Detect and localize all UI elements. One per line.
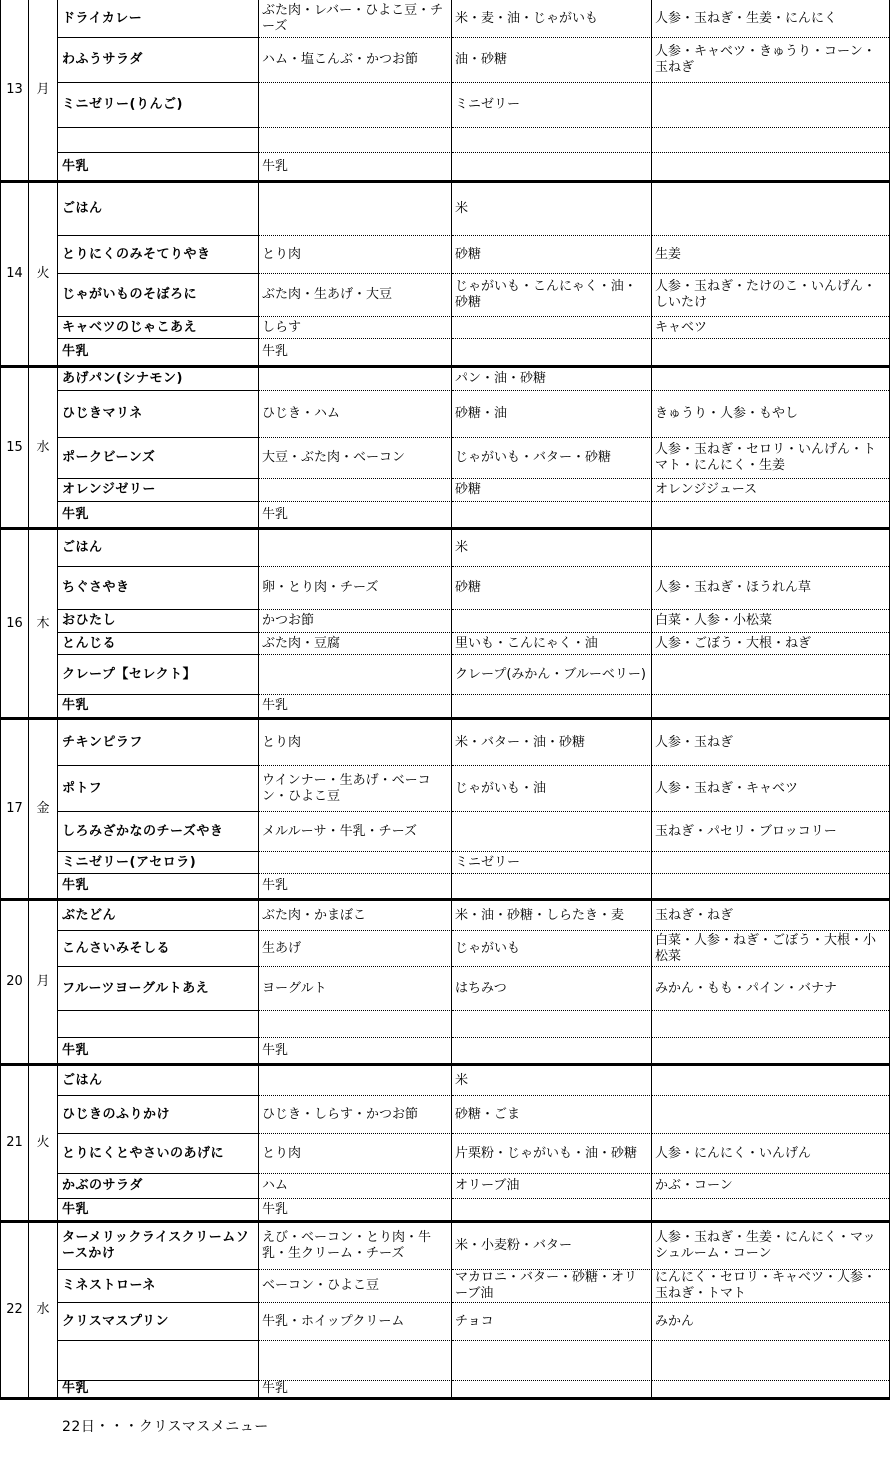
energy-cell: 砂糖・ごま [452, 1096, 652, 1134]
protein-cell [259, 128, 452, 153]
protein-cell [259, 530, 452, 567]
menu-cell: あげパン(シナモン) [58, 368, 259, 391]
energy-cell: 米 [452, 530, 652, 567]
vegetable-cell: きゅうり・人参・もやし [652, 391, 889, 438]
vegetable-cell: 白菜・人参・小松菜 [652, 610, 889, 633]
energy-cell: ミニゼリー [452, 83, 652, 128]
menu-cell [58, 1011, 259, 1038]
energy-cell: 砂糖・油 [452, 391, 652, 438]
menu-cell: 牛乳 [58, 874, 259, 898]
day-block: 16木ごはん米ちぐさやき卵・とり肉・チーズ砂糖人参・玉ねぎ・ほうれん草おひたしか… [0, 527, 890, 717]
energy-cell: オリーブ油 [452, 1174, 652, 1199]
vegetable-cell: 人参・キャベツ・きゅうり・コーン・玉ねぎ [652, 38, 889, 83]
protein-cell: 牛乳 [259, 1038, 452, 1063]
protein-cell: とり肉 [259, 720, 452, 766]
protein-cell: 牛乳・ホイップクリーム [259, 1303, 452, 1341]
protein-cell: ぶた肉・豆腐 [259, 633, 452, 655]
menu-cell: ミネストローネ [58, 1270, 259, 1303]
weekday-cell: 金 [29, 720, 58, 898]
menu-cell: とりにくのみそてりやき [58, 236, 259, 274]
menu-cell: とんじる [58, 633, 259, 655]
energy-cell: はちみつ [452, 967, 652, 1011]
energy-cell: チョコ [452, 1303, 652, 1341]
menu-cell: ひじきのふりかけ [58, 1096, 259, 1134]
vegetable-cell [652, 83, 889, 128]
menu-cell: ごはん [58, 1066, 259, 1096]
menu-cell: 牛乳 [58, 1199, 259, 1220]
vegetable-cell: 生姜 [652, 236, 889, 274]
vegetable-cell: 人参・玉ねぎ・セロリ・いんげん・トマト・にんにく・生姜 [652, 438, 889, 479]
date-cell: 13 [1, 0, 29, 180]
protein-cell [259, 83, 452, 128]
energy-cell [452, 1341, 652, 1381]
vegetable-cell [652, 1038, 889, 1063]
energy-cell: クレープ(みかん・ブルーベリー) [452, 655, 652, 695]
menu-cell: 牛乳 [58, 1381, 259, 1397]
energy-cell: 油・砂糖 [452, 38, 652, 83]
vegetable-cell [652, 1341, 889, 1381]
energy-cell [452, 1381, 652, 1397]
energy-cell: 米 [452, 183, 652, 236]
vegetable-cell [652, 655, 889, 695]
energy-cell: 米・バター・油・砂糖 [452, 720, 652, 766]
vegetable-cell: みかん [652, 1303, 889, 1341]
vegetable-cell [652, 1066, 889, 1096]
menu-cell: かぶのサラダ [58, 1174, 259, 1199]
menu-cell: 牛乳 [58, 1038, 259, 1063]
vegetable-cell: かぶ・コーン [652, 1174, 889, 1199]
protein-cell: 牛乳 [259, 502, 452, 527]
menu-cell: クリスマスプリン [58, 1303, 259, 1341]
weekday-cell: 木 [29, 530, 58, 717]
date-cell: 22 [1, 1223, 29, 1397]
energy-cell: 米・油・砂糖・しらたき・麦 [452, 901, 652, 931]
menu-cell: ミニゼリー(りんご) [58, 83, 259, 128]
vegetable-cell: 玉ねぎ・ねぎ [652, 901, 889, 931]
menu-cell [58, 128, 259, 153]
energy-cell: じゃがいも・油 [452, 766, 652, 812]
protein-cell [259, 368, 452, 391]
menu-cell: キャベツのじゃこあえ [58, 317, 259, 339]
protein-cell: ベーコン・ひよこ豆 [259, 1270, 452, 1303]
energy-cell: じゃがいも [452, 931, 652, 967]
date-cell: 15 [1, 368, 29, 527]
date-cell: 20 [1, 901, 29, 1063]
vegetable-cell [652, 1011, 889, 1038]
protein-cell [259, 655, 452, 695]
menu-cell: ポトフ [58, 766, 259, 812]
protein-cell: 牛乳 [259, 153, 452, 180]
energy-cell [452, 128, 652, 153]
protein-cell: ぶた肉・レバー・ひよこ豆・チーズ [259, 0, 452, 38]
weekday-cell: 火 [29, 1066, 58, 1220]
protein-cell: とり肉 [259, 1134, 452, 1174]
protein-cell: 牛乳 [259, 1199, 452, 1220]
menu-cell: わふうサラダ [58, 38, 259, 83]
vegetable-cell [652, 502, 889, 527]
energy-cell [452, 1011, 652, 1038]
menu-cell: ごはん [58, 183, 259, 236]
protein-cell: ヨーグルト [259, 967, 452, 1011]
protein-cell: かつお節 [259, 610, 452, 633]
vegetable-cell: 白菜・人参・ねぎ・ごぼう・大根・小松菜 [652, 931, 889, 967]
day-block: 20月ぶたどんぶた肉・かまぼこ米・油・砂糖・しらたき・麦玉ねぎ・ねぎこんさいみそ… [0, 898, 890, 1063]
energy-cell: 砂糖 [452, 567, 652, 610]
menu-cell: 牛乳 [58, 695, 259, 717]
weekday-cell: 火 [29, 183, 58, 365]
protein-cell: えび・ベーコン・とり肉・牛乳・生クリーム・チーズ [259, 1223, 452, 1270]
protein-cell [259, 852, 452, 874]
vegetable-cell [652, 1199, 889, 1220]
menu-cell: ターメリックライスクリームソースかけ [58, 1223, 259, 1270]
energy-cell: マカロニ・バター・砂糖・オリーブ油 [452, 1270, 652, 1303]
menu-cell: ひじきマリネ [58, 391, 259, 438]
protein-cell [259, 1011, 452, 1038]
protein-cell: 牛乳 [259, 695, 452, 717]
vegetable-cell [652, 153, 889, 180]
energy-cell: 砂糖 [452, 479, 652, 502]
energy-cell: 片栗粉・じゃがいも・油・砂糖 [452, 1134, 652, 1174]
energy-cell [452, 1038, 652, 1063]
weekday-cell: 水 [29, 368, 58, 527]
energy-cell [452, 812, 652, 852]
vegetable-cell: 人参・ごぼう・大根・ねぎ [652, 633, 889, 655]
protein-cell: ウインナー・生あげ・ベーコン・ひよこ豆 [259, 766, 452, 812]
date-cell: 21 [1, 1066, 29, 1220]
menu-cell [58, 1341, 259, 1381]
menu-cell: とりにくとやさいのあげに [58, 1134, 259, 1174]
menu-cell: ごはん [58, 530, 259, 567]
protein-cell [259, 183, 452, 236]
protein-cell [259, 1066, 452, 1096]
vegetable-cell: 玉ねぎ・パセリ・ブロッコリー [652, 812, 889, 852]
day-block: 15水あげパン(シナモン)パン・油・砂糖ひじきマリネひじき・ハム砂糖・油きゅうり… [0, 365, 890, 527]
menu-cell: じゃがいものそぼろに [58, 274, 259, 317]
menu-cell: おひたし [58, 610, 259, 633]
vegetable-cell [652, 1096, 889, 1134]
vegetable-cell: キャベツ [652, 317, 889, 339]
protein-cell: 大豆・ぶた肉・ベーコン [259, 438, 452, 479]
menu-cell: ポークビーンズ [58, 438, 259, 479]
menu-cell: フルーツヨーグルトあえ [58, 967, 259, 1011]
weekday-cell: 月 [29, 901, 58, 1063]
menu-cell: ぶたどん [58, 901, 259, 931]
energy-cell [452, 502, 652, 527]
menu-cell: 牛乳 [58, 339, 259, 365]
protein-cell: 生あげ [259, 931, 452, 967]
energy-cell [452, 695, 652, 717]
day-block: 13月ドライカレーぶた肉・レバー・ひよこ豆・チーズ米・麦・油・じゃがいも人参・玉… [0, 0, 890, 180]
vegetable-cell [652, 339, 889, 365]
footer-note: 22日・・・クリスマスメニュー [62, 1416, 890, 1436]
day-block: 21火ごはん米ひじきのふりかけひじき・しらす・かつお節砂糖・ごまとりにくとやさい… [0, 1063, 890, 1220]
energy-cell: じゃがいも・こんにゃく・油・砂糖 [452, 274, 652, 317]
day-block: 14火ごはん米とりにくのみそてりやきとり肉砂糖生姜じゃがいものそぼろにぶた肉・生… [0, 180, 890, 365]
protein-cell: メルルーサ・牛乳・チーズ [259, 812, 452, 852]
protein-cell: しらす [259, 317, 452, 339]
vegetable-cell: 人参・玉ねぎ・生姜・にんにく・マッシュルーム・コーン [652, 1223, 889, 1270]
energy-cell [452, 874, 652, 898]
menu-cell: オレンジゼリー [58, 479, 259, 502]
energy-cell: 里いも・こんにゃく・油 [452, 633, 652, 655]
vegetable-cell [652, 128, 889, 153]
energy-cell: 米・麦・油・じゃがいも [452, 0, 652, 38]
date-cell: 16 [1, 530, 29, 717]
menu-cell: ちぐさやき [58, 567, 259, 610]
vegetable-cell [652, 874, 889, 898]
energy-cell [452, 339, 652, 365]
vegetable-cell: みかん・もも・パイン・バナナ [652, 967, 889, 1011]
menu-cell: しろみざかなのチーズやき [58, 812, 259, 852]
protein-cell: 卵・とり肉・チーズ [259, 567, 452, 610]
menu-cell: 牛乳 [58, 153, 259, 180]
day-block: 22水ターメリックライスクリームソースかけえび・ベーコン・とり肉・牛乳・生クリー… [0, 1220, 890, 1400]
energy-cell [452, 1199, 652, 1220]
vegetable-cell: 人参・玉ねぎ・キャベツ [652, 766, 889, 812]
vegetable-cell [652, 530, 889, 567]
menu-cell: チキンピラフ [58, 720, 259, 766]
menu-cell: ドライカレー [58, 0, 259, 38]
vegetable-cell: 人参・玉ねぎ・たけのこ・いんげん・しいたけ [652, 274, 889, 317]
date-cell: 14 [1, 183, 29, 365]
vegetable-cell: 人参・玉ねぎ・ほうれん草 [652, 567, 889, 610]
energy-cell [452, 153, 652, 180]
vegetable-cell: オレンジジュース [652, 479, 889, 502]
energy-cell: 米・小麦粉・バター [452, 1223, 652, 1270]
vegetable-cell [652, 368, 889, 391]
protein-cell: とり肉 [259, 236, 452, 274]
menu-cell: こんさいみそしる [58, 931, 259, 967]
menu-cell: クレープ【セレクト】 [58, 655, 259, 695]
vegetable-cell: 人参・玉ねぎ [652, 720, 889, 766]
protein-cell [259, 1341, 452, 1381]
protein-cell: ぶた肉・かまぼこ [259, 901, 452, 931]
vegetable-cell: 人参・玉ねぎ・生姜・にんにく [652, 0, 889, 38]
vegetable-cell [652, 695, 889, 717]
menu-table: 13月ドライカレーぶた肉・レバー・ひよこ豆・チーズ米・麦・油・じゃがいも人参・玉… [0, 0, 890, 1400]
protein-cell: ハム [259, 1174, 452, 1199]
protein-cell: 牛乳 [259, 874, 452, 898]
menu-cell: ミニゼリー(アセロラ) [58, 852, 259, 874]
menu-cell: 牛乳 [58, 502, 259, 527]
energy-cell: 米 [452, 1066, 652, 1096]
vegetable-cell [652, 1381, 889, 1397]
weekday-cell: 月 [29, 0, 58, 180]
day-block: 17金チキンピラフとり肉米・バター・油・砂糖人参・玉ねぎポトフウインナー・生あげ… [0, 717, 890, 898]
energy-cell [452, 317, 652, 339]
weekday-cell: 水 [29, 1223, 58, 1397]
protein-cell [259, 479, 452, 502]
protein-cell: ぶた肉・生あげ・大豆 [259, 274, 452, 317]
vegetable-cell [652, 183, 889, 236]
vegetable-cell: にんにく・セロリ・キャベツ・人参・玉ねぎ・トマト [652, 1270, 889, 1303]
energy-cell: じゃがいも・バター・砂糖 [452, 438, 652, 479]
protein-cell: ひじき・しらす・かつお節 [259, 1096, 452, 1134]
vegetable-cell: 人参・にんにく・いんげん [652, 1134, 889, 1174]
protein-cell: 牛乳 [259, 339, 452, 365]
energy-cell [452, 610, 652, 633]
protein-cell: ハム・塩こんぶ・かつお節 [259, 38, 452, 83]
vegetable-cell [652, 852, 889, 874]
energy-cell: ミニゼリー [452, 852, 652, 874]
energy-cell: 砂糖 [452, 236, 652, 274]
protein-cell: 牛乳 [259, 1381, 452, 1397]
energy-cell: パン・油・砂糖 [452, 368, 652, 391]
date-cell: 17 [1, 720, 29, 898]
protein-cell: ひじき・ハム [259, 391, 452, 438]
